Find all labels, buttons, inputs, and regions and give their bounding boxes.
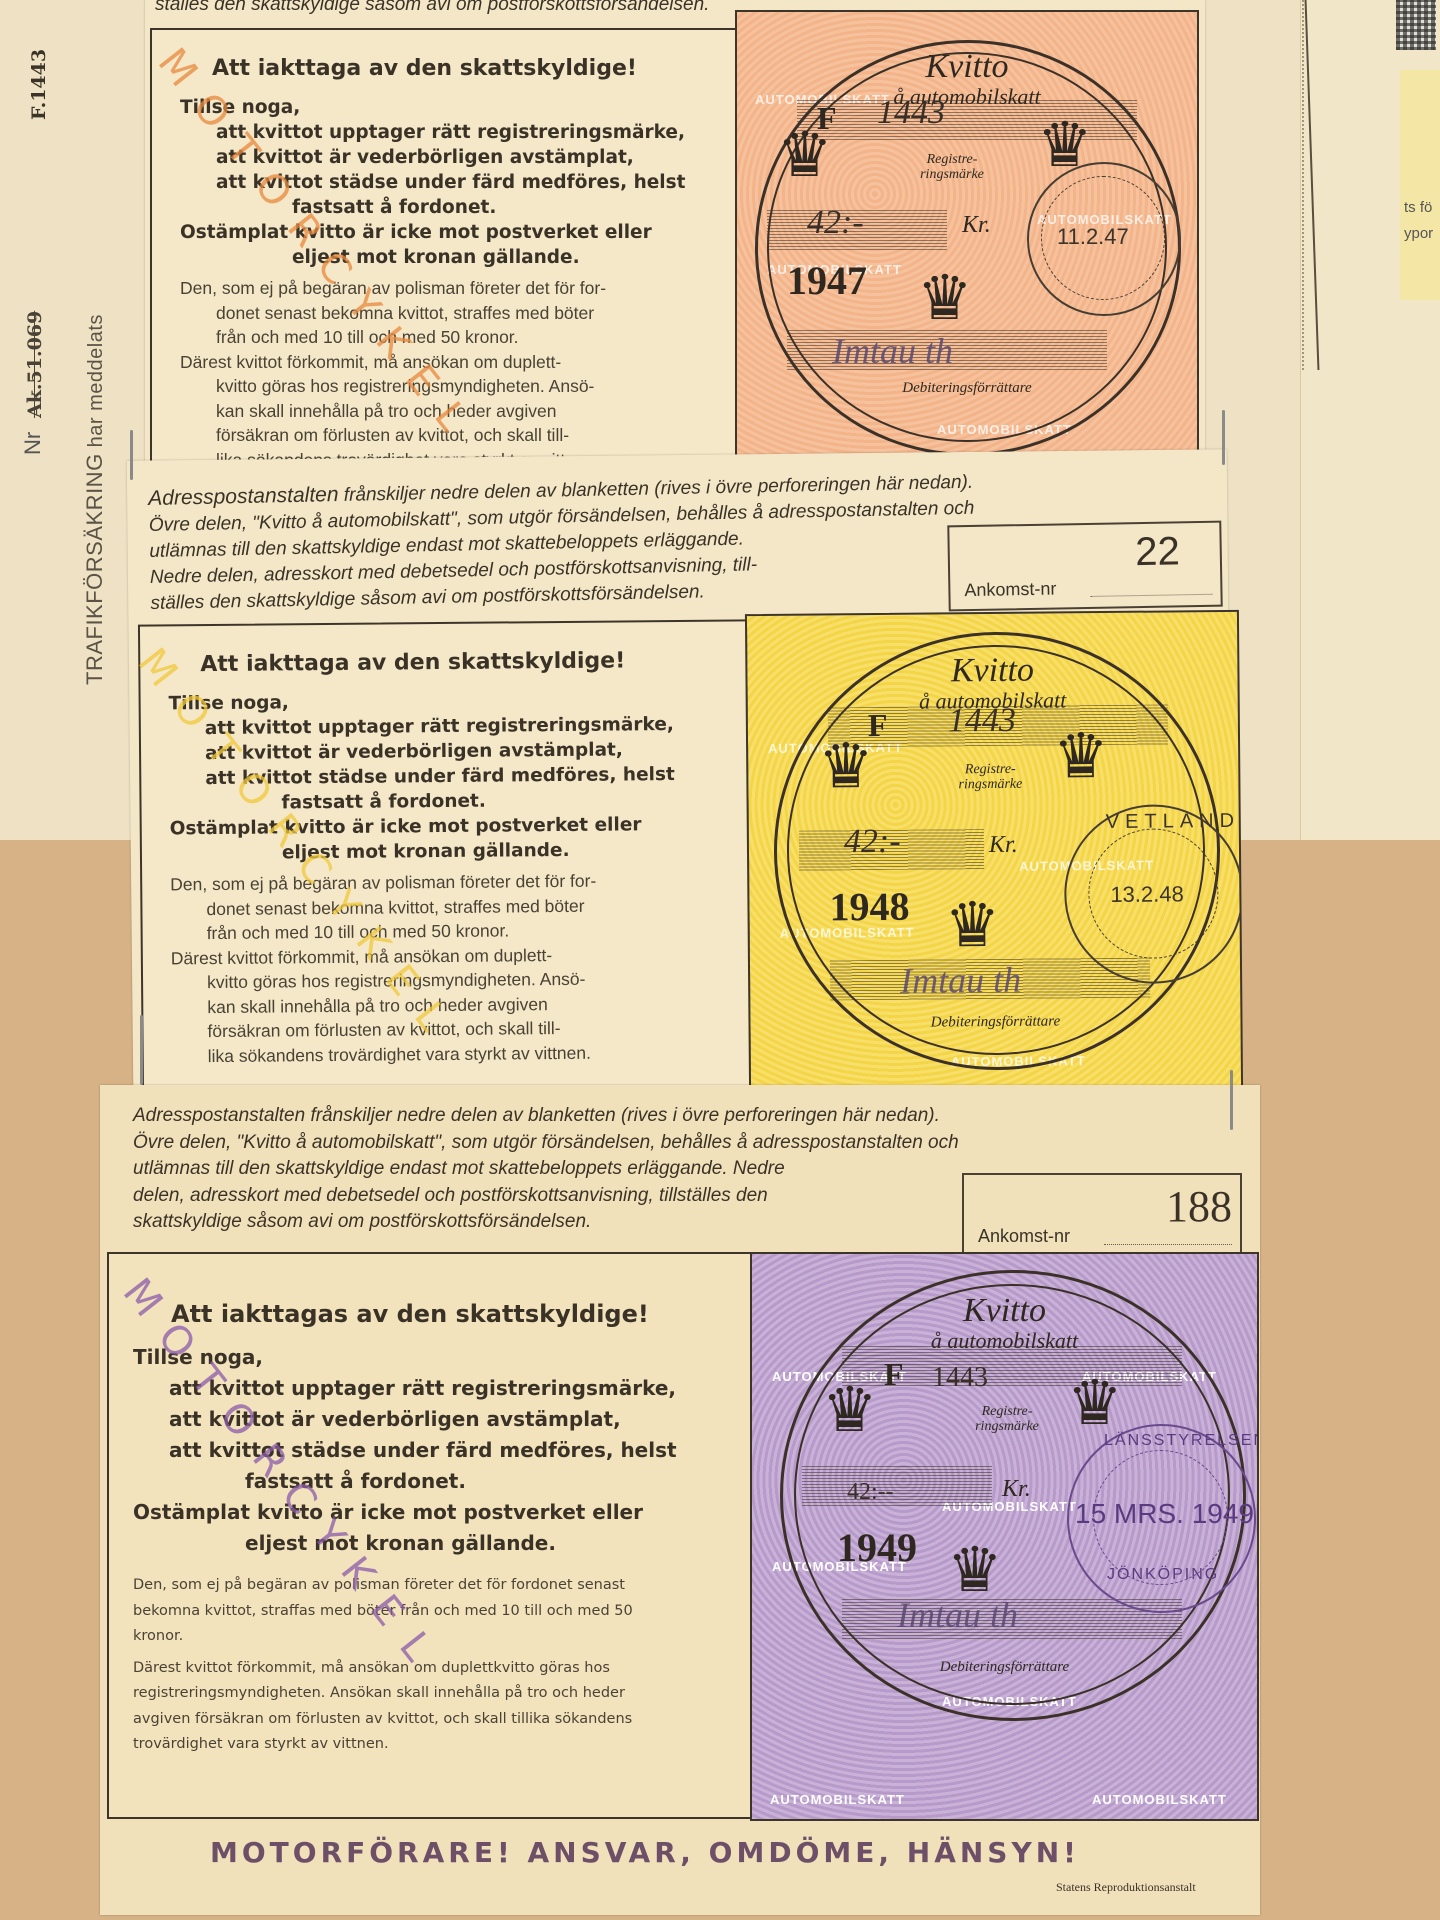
signer-label: Debiteringsförrättare (737, 380, 1197, 397)
crown-icon: ♛ (947, 1539, 1003, 1601)
currency: Kr. (962, 212, 991, 239)
staple (1222, 410, 1225, 465)
receipt-year: 1947 (787, 257, 867, 304)
insurance-text: TRAFIKFÖRSÄKRINGhar meddelats (82, 314, 108, 685)
info-box-1949: Att iakttagas av den skattskyldige! Till… (107, 1252, 754, 1819)
arrival-number: 22 (1135, 529, 1180, 575)
crown-icon: ♛ (1053, 725, 1109, 787)
tax-amount: 42:- (807, 204, 864, 242)
staple (1230, 1070, 1233, 1130)
staple (130, 430, 133, 480)
crown-icon: ♛ (818, 735, 874, 797)
registration-number: 1443 (877, 94, 945, 132)
post-notice-1948: Adresspostanstalten frånskiljer nedre de… (148, 467, 1071, 617)
nr-value: Ak.51.069 (24, 311, 46, 418)
arrival-number-box: 22 Ankomst-nr (947, 521, 1222, 612)
nr-label: Nr (20, 432, 46, 455)
footer-slogan: MOTORFÖRARE! ANSVAR, OMDÖME, HÄNSYN! (210, 1836, 1080, 1869)
crown-icon: ♛ (822, 1379, 878, 1441)
arrival-number: 188 (1166, 1181, 1232, 1232)
postmark-1949: LÄNSSTYRELSEN 15 MRS. 1949 JÖNKÖPING (1067, 1424, 1256, 1613)
receipt-stamp-1949: AUTOMOBILSKATT AUTOMOBILSKATT AUTOMOBILS… (750, 1252, 1259, 1821)
info-title: Att iakttaga av den skattskyldige! (212, 56, 737, 81)
reference-number: F.1443 (28, 49, 50, 120)
adjacent-yellow-sheet (1400, 70, 1440, 300)
receipt-stamp-1948: AUTOMOBILSKATT AUTOMOBILSKATT AUTOMOBILS… (745, 610, 1243, 1093)
arrival-number-box: 188 Ankomst-nr (962, 1173, 1242, 1257)
crown-icon: ♛ (944, 894, 1000, 956)
printer-credit: Statens Reproduktionsanstalt (1056, 1880, 1196, 1895)
perforation-line (1302, 0, 1304, 370)
staple (140, 1015, 143, 1085)
arrival-label: Ankomst-nr (978, 1226, 1070, 1247)
receipt-title: Kvitto (737, 50, 1197, 84)
postmark-1948: VETLANDA 13.2.48 (1064, 804, 1243, 985)
postmark-1947: 11.2.47 (1027, 162, 1181, 316)
crown-icon: ♛ (917, 267, 973, 329)
adjacent-text-fragment: ts fö ypor (1404, 195, 1433, 247)
crown-icon: ♛ (1067, 1372, 1123, 1434)
qr-code-fragment (1396, 0, 1436, 50)
notice-cutoff-line: ställes den skattskyldige såsom avi om p… (155, 0, 709, 18)
signature: Imtau th (832, 330, 953, 372)
receipt-stamp-1947: AUTOMOBILSKATT AUTOMOBILSKATT AUTOMOBILS… (735, 10, 1199, 469)
crown-icon: ♛ (777, 124, 833, 186)
arrival-label: Ankomst-nr (964, 579, 1056, 602)
